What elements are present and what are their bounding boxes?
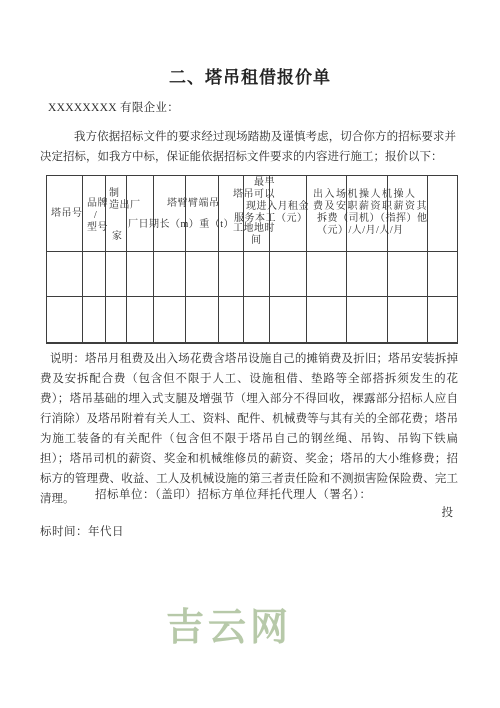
table-header-cell: [47, 176, 83, 252]
page-title: 二、塔吊租借报价单: [0, 63, 500, 88]
table-header-cell: [106, 176, 127, 252]
table-header-cell: [83, 176, 106, 252]
document-page: 二、塔吊租借报价单 XXXXXXXX 有限企业： 我方依据招标文件的要求经过现场…: [0, 0, 500, 708]
table-cell: [127, 252, 154, 297]
table-cell: [186, 252, 219, 297]
table-cell: [388, 297, 428, 344]
table-header-cell: [154, 176, 186, 252]
table-cell: [154, 252, 186, 297]
bid-time-line: 标时间：年代日: [40, 523, 124, 539]
intro-paragraph: 我方依据招标文件的要求经过现场踏勘及谨慎考虑，切合你方的招标要求并决定招标，如我…: [40, 127, 456, 167]
table-cell: [244, 252, 270, 297]
table-cell: [106, 252, 127, 297]
table-cell: [244, 297, 270, 344]
table-cell: [307, 252, 347, 297]
bid-time-overflow-char: 投: [40, 504, 453, 520]
table-cell: [47, 252, 83, 297]
table-cell: [47, 297, 83, 344]
table-header-cell: [428, 176, 458, 252]
table-cell: [154, 297, 186, 344]
recipient-line: XXXXXXXX 有限企业：: [48, 99, 179, 115]
table-header-cell: [347, 176, 388, 252]
table-cell: [347, 297, 388, 344]
table-cell: [270, 252, 307, 297]
table-cell: [83, 297, 106, 344]
table-cell: [388, 252, 428, 297]
table-cell: [127, 297, 154, 344]
notes-paragraph: 说明：塔吊月租费及出入场花费含塔吊设施自己的摊销费及折旧；塔吊安装拆掉费及安拆配…: [40, 349, 458, 509]
table-cell: [428, 297, 458, 344]
table-cell: [347, 252, 388, 297]
table-header-cell: [127, 176, 154, 252]
table-header-cell: [270, 176, 307, 252]
quotation-table-grid: [46, 175, 458, 344]
table-empty-row: [47, 252, 458, 297]
table-cell: [106, 297, 127, 344]
table-cell: [219, 297, 244, 344]
table-cell: [270, 297, 307, 344]
table-cell: [219, 252, 244, 297]
table-empty-row: [47, 297, 458, 344]
watermark: 吉云网: [166, 606, 292, 648]
table-cell: [83, 252, 106, 297]
table-header-cell: [307, 176, 347, 252]
table-cell: [428, 252, 458, 297]
table-cell: [186, 297, 219, 344]
table-header-cell: [219, 176, 244, 252]
table-cell: [307, 297, 347, 344]
table-header-cell: [244, 176, 270, 252]
quotation-table: 塔吊号 品牌 / 型号 制 造出厂 厂日期长（m）重（t） 家 塔臂臂端吊 最早…: [46, 175, 459, 346]
table-header-cell: [186, 176, 219, 252]
signature-line: 招标单位：（盖印）招标方单位拜托代理人（署名）：: [95, 486, 372, 502]
table-header-row: [47, 176, 458, 252]
table-header-cell: [388, 176, 428, 252]
